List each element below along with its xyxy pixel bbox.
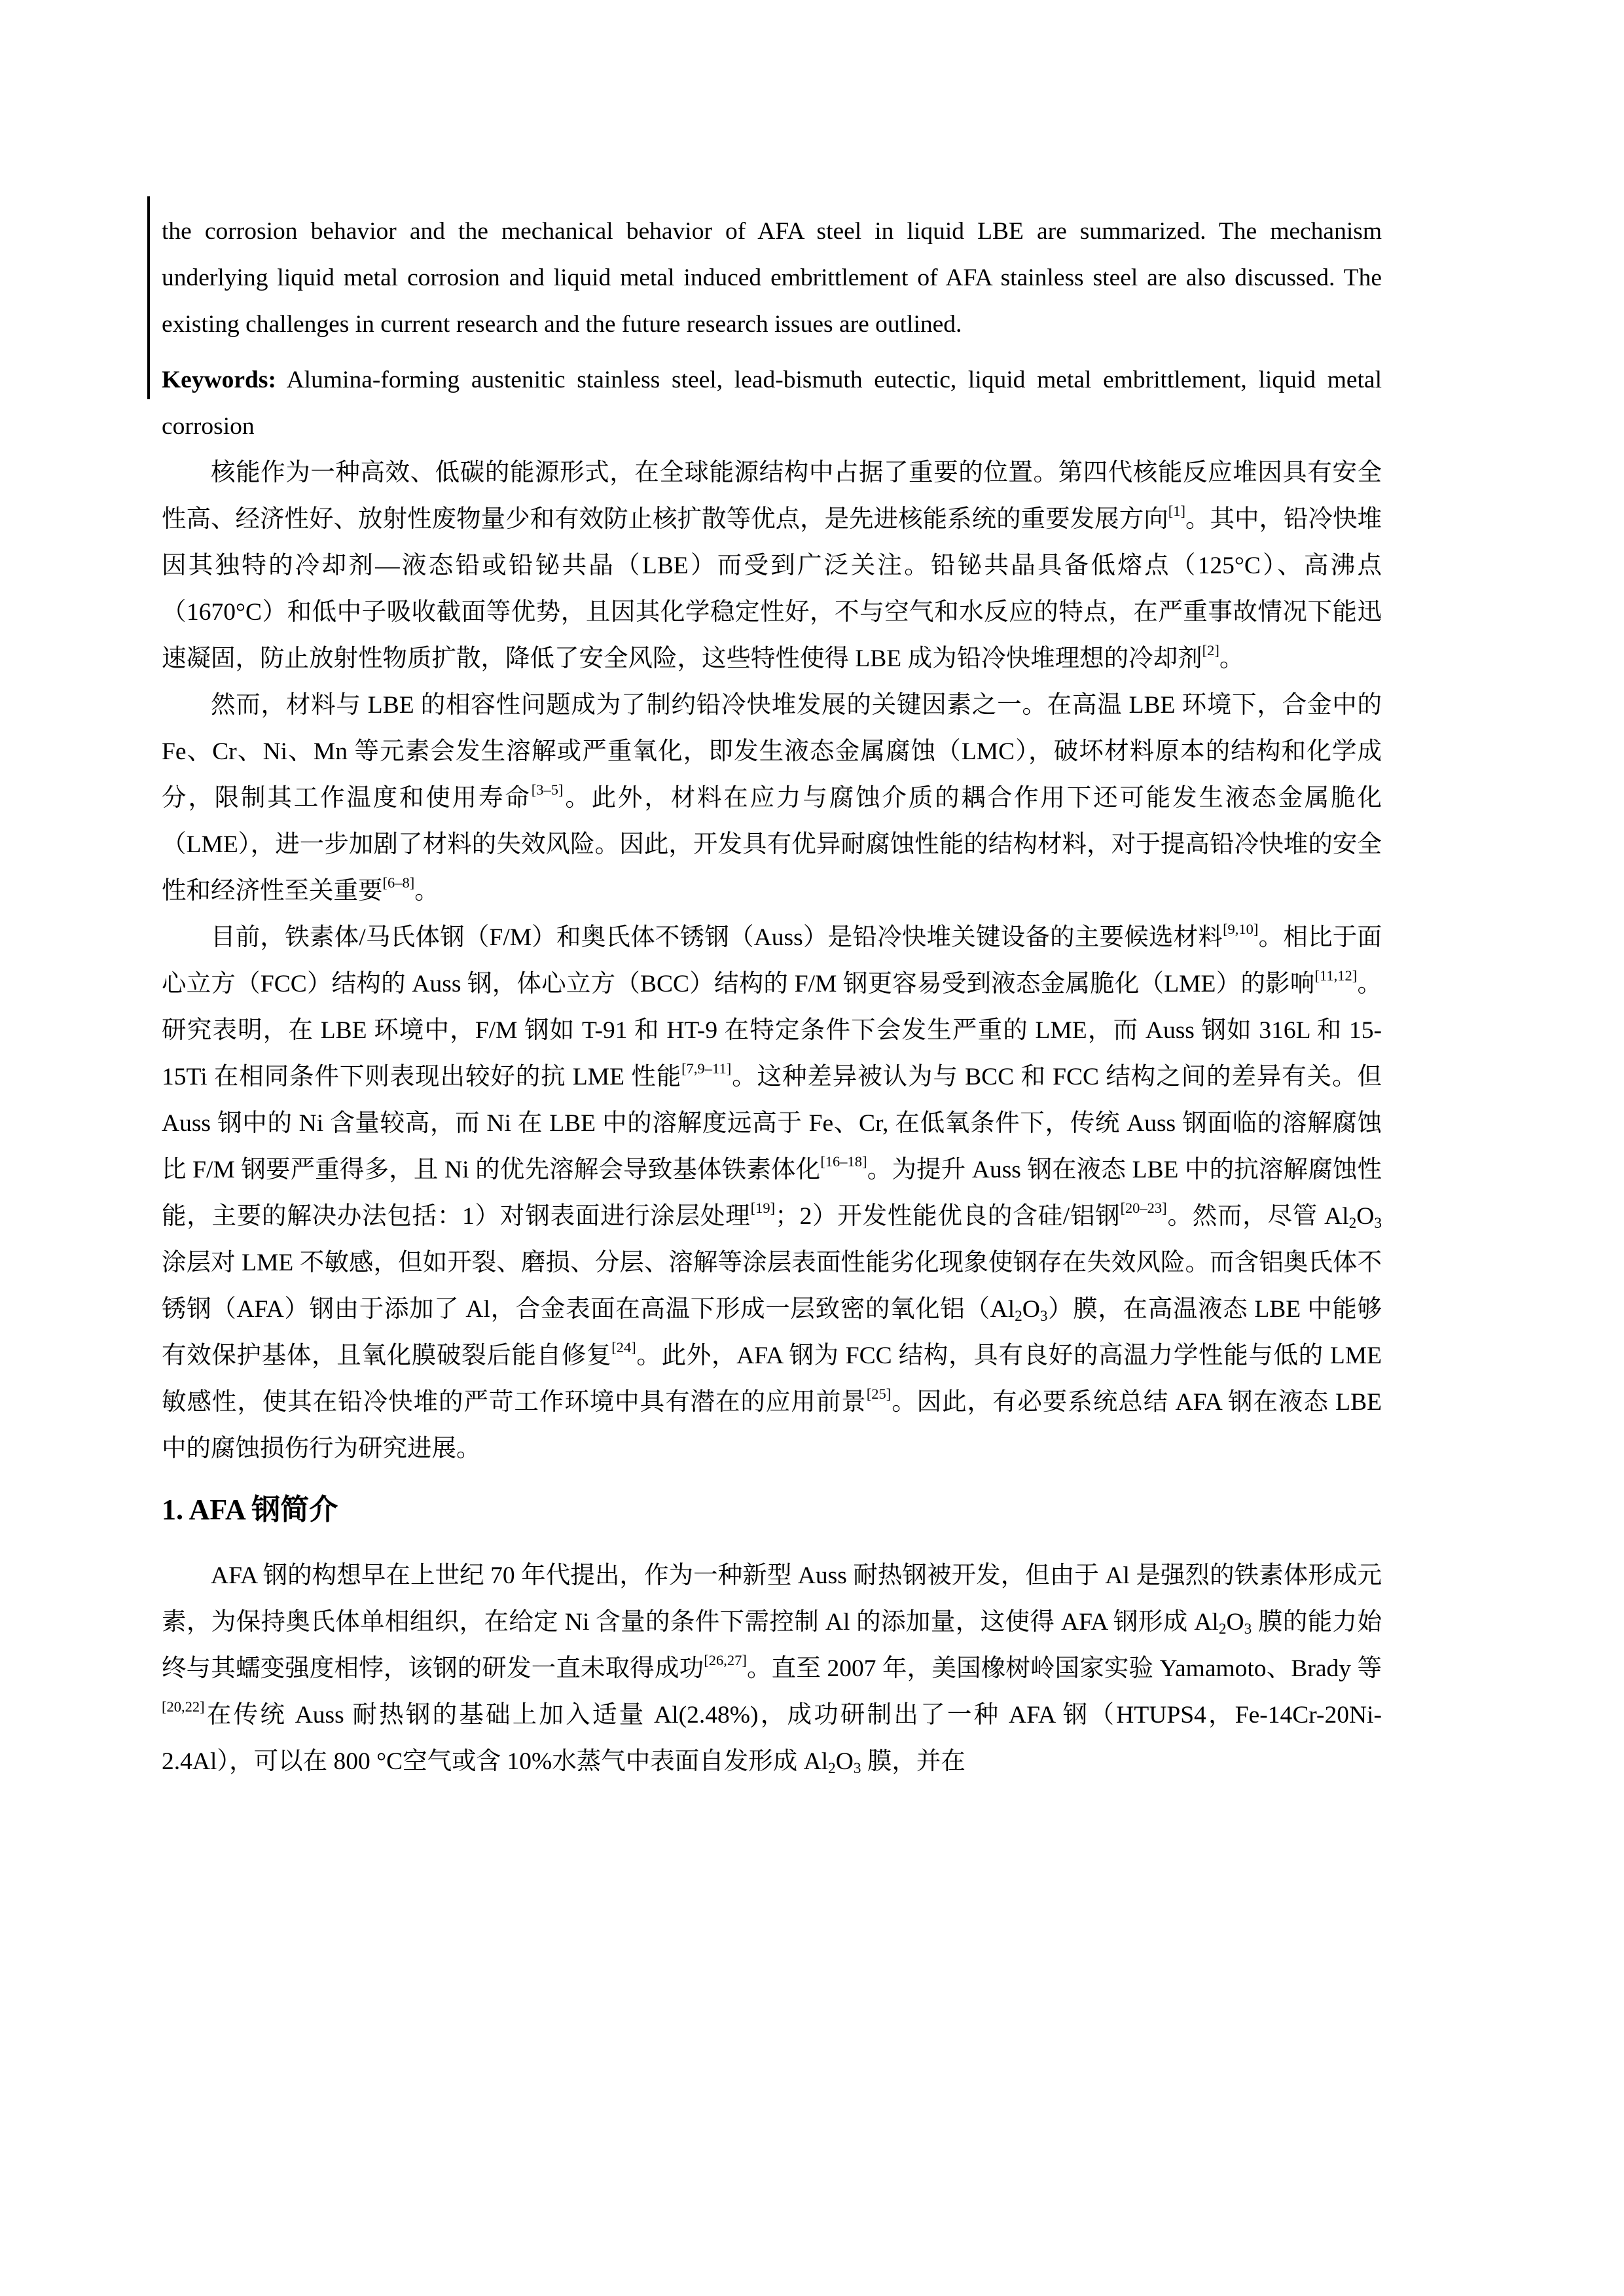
section1-paragraph-1: AFA 钢的构想早在上世纪 70 年代提出，作为一种新型 Auss 耐热钢被开发… [162,1552,1382,1785]
revision-change-bar [147,196,150,399]
citation[interactable]: [7,9–11] [681,1060,731,1077]
citation[interactable]: [6–8] [383,874,415,891]
subscript: 2 [1015,1308,1022,1325]
keywords-text: Alumina-forming austenitic stainless ste… [162,367,1382,440]
page-body: the corrosion behavior and the mechanica… [162,208,1382,1785]
text-run: 在传统 Auss 耐热钢的基础上加入适量 Al(2.48%)，成功研制出了一种 … [162,1702,1382,1775]
citation[interactable]: [26,27] [704,1652,747,1668]
text-run: O [1022,1296,1040,1323]
keywords-label: Keywords: [162,367,276,393]
text-run: 。直至 2007 年，美国橡树岭国家实验 Yamamoto、Brady 等 [747,1655,1382,1682]
text-run: 目前，铁素体/马氏体钢（F/M）和奥氏体不锈钢（Auss）是铅冷快堆关键设备的主… [211,924,1223,951]
section-heading: 1. AFA 钢简介 [162,1486,1382,1533]
citation[interactable]: [1] [1168,503,1185,519]
text-run: O [1226,1609,1244,1636]
citation[interactable]: [11,12] [1315,967,1358,984]
citation[interactable]: [20–23] [1120,1200,1166,1216]
text-run: AFA 钢的构想早在上世纪 70 年代提出，作为一种新型 Auss 耐热钢被开发… [162,1562,1382,1636]
intro-paragraph-2: 然而，材料与 LBE 的相容性问题成为了制约铅冷快堆发展的关键因素之一。在高温 … [162,682,1382,914]
text-run: ；2）开发性能优良的含硅/铝钢 [775,1203,1120,1230]
text-run: O [836,1748,854,1775]
subscript: 3 [854,1760,861,1777]
keywords: Keywords: Alumina-forming austenitic sta… [162,357,1382,450]
subscript: 2 [1349,1215,1357,1232]
abstract-text: the corrosion behavior and the mechanica… [162,208,1382,348]
subscript: 3 [1040,1308,1048,1325]
citation[interactable]: [25] [867,1386,892,1402]
text-run: O [1356,1203,1374,1230]
citation[interactable]: [16–18] [820,1153,867,1170]
intro-paragraph-3: 目前，铁素体/马氏体钢（F/M）和奥氏体不锈钢（Auss）是铅冷快堆关键设备的主… [162,914,1382,1472]
text-run: 。 [1219,645,1244,672]
citation[interactable]: [20,22] [162,1698,205,1715]
intro-paragraph-1: 核能作为一种高效、低碳的能源形式，在全球能源结构中占据了重要的位置。第四代核能反… [162,450,1382,682]
subscript: 3 [1244,1621,1252,1638]
subscript: 2 [828,1760,836,1777]
citation[interactable]: [24] [611,1339,636,1355]
text-run: 。然而，尽管 Al [1167,1203,1349,1230]
citation[interactable]: [2] [1202,642,1219,658]
text-run: 。 [414,878,439,905]
citation[interactable]: [3–5] [532,781,564,798]
subscript: 2 [1219,1621,1227,1638]
citation[interactable]: [9,10] [1223,921,1258,937]
subscript: 3 [1374,1215,1382,1232]
text-run: 膜，并在 [861,1748,965,1775]
citation[interactable]: [19] [751,1200,776,1216]
